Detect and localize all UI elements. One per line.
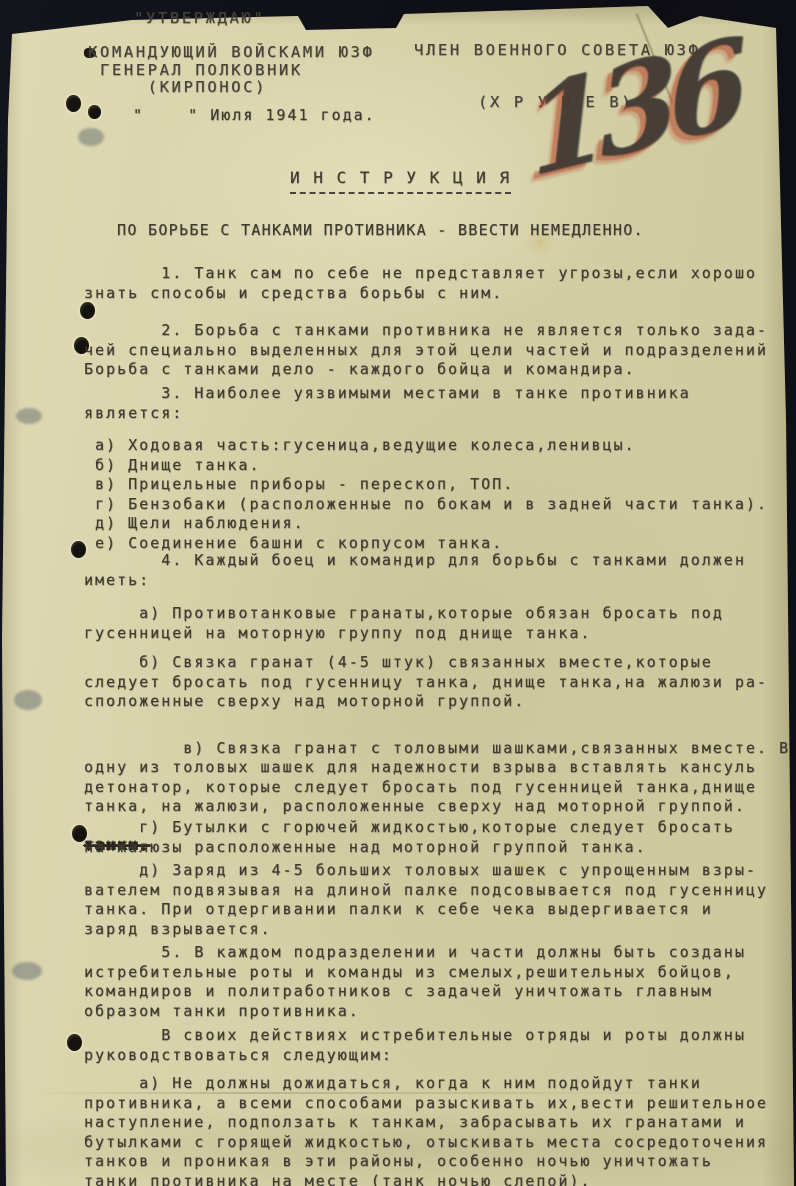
- commander-signature-block: КОМАНДУЮЩИЙ ВОЙСКАМИ ЮЗФ ГЕНЕРАЛ ПОЛКОВН…: [88, 44, 374, 97]
- item-4b-grenade-bundle: б) Связка гранат (4-5 штук) связанных вм…: [84, 653, 790, 712]
- paragraph-2: 2. Борьба с танками противника не являет…: [84, 321, 790, 380]
- item-6a-tactics: а) Не должны дожидаться, когда к ним под…: [84, 1074, 790, 1186]
- document-subtitle: ПО БОРЬБЕ С ТАНКАМИ ПРОТИВНИКА - ВВЕСТИ …: [117, 221, 644, 241]
- approval-stamp: "УТВЕРЖДАЮ": [134, 10, 265, 28]
- paragraph-6: В своих действиях истребительные отряды …: [84, 1026, 790, 1065]
- document-title: И Н С Т Р У К Ц И Я: [290, 168, 511, 194]
- paragraph-1: 1. Танк сам по себе не представляет угро…: [84, 264, 790, 303]
- punch-hole: [67, 1034, 82, 1051]
- paragraph-3: 3. Наиболее уязвимыми местами в танке пр…: [84, 384, 790, 423]
- punch-hole: [66, 95, 81, 112]
- item-4d-pole-charge: д) Заряд из 4-5 больших толовых шашек с …: [84, 861, 790, 939]
- smudge-mark: [12, 962, 42, 980]
- item-4g-fuel-bottles: г) Бутылки с горючей жидкостью,которые с…: [84, 818, 790, 857]
- scanned-document: "УТВЕРЖДАЮ" КОМАНДУЮЩИЙ ВОЙСКАМИ ЮЗФ ГЕН…: [0, 0, 796, 1186]
- item-4a-grenades: а) Противотанковые гранаты,которые обяза…: [84, 604, 790, 643]
- item-4v-text: в) Связка гранат с толовыми шашками,связ…: [84, 739, 790, 816]
- paragraph-5: 5. В каждом подразделении и части должны…: [84, 943, 790, 1021]
- smudge-mark: [78, 128, 104, 146]
- punch-hole: [80, 302, 95, 319]
- punch-hole: [88, 105, 101, 119]
- date-line: " " Июля 1941 года.: [133, 106, 376, 126]
- list-vulnerable-spots: а) Ходовая часть:гусеница,ведущие колеса…: [84, 436, 790, 553]
- smudge-mark: [14, 690, 42, 710]
- smudge-mark: [16, 408, 42, 424]
- paragraph-4: 4. Каждый боец и командир для борьбы с т…: [84, 551, 790, 590]
